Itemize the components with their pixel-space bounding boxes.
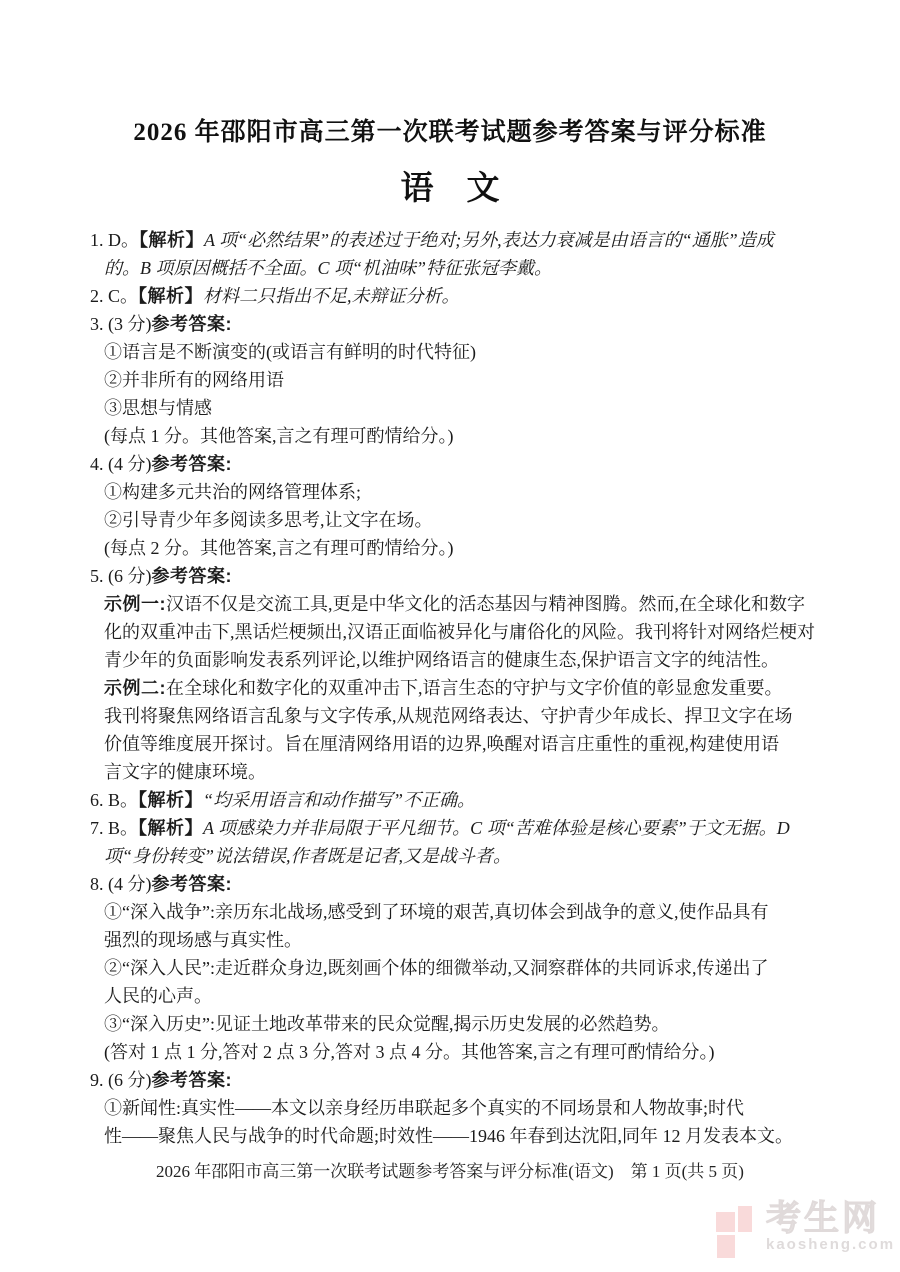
subject-title: 语 文: [0, 162, 900, 209]
text-segment: 9. (6 分): [90, 1070, 152, 1090]
text-segment: 言文字的健康环境。: [104, 762, 266, 782]
answer-line: ①“深入战争”:亲历东北战场,感受到了环境的艰苦,真切体会到战争的意义,使作品具…: [104, 898, 840, 926]
text-segment: ①构建多元共治的网络管理体系;: [104, 482, 361, 502]
answer-line: 人民的心声。: [104, 982, 840, 1010]
answer-line: 1. D。【解析】A 项“必然结果”的表述过于绝对;另外,表达力衰减是由语言的“…: [90, 226, 840, 254]
bold-label: 【解析】: [138, 818, 203, 838]
answer-line: 我刊将聚焦网络语言乱象与文字传承,从规范网络表达、守护青少年成长、捍卫文字在场: [104, 702, 840, 730]
watermark-text: 考生网 kaosheng.com: [766, 1202, 895, 1252]
answer-line: 性——聚焦人民与战争的时代命题;时效性——1946 年春到达沈阳,同年 12 月…: [104, 1122, 840, 1150]
answer-line: 6. B。【解析】“均采用语言和动作描写”不正确。: [90, 786, 840, 814]
text-segment: 7. B。: [90, 818, 138, 838]
answer-line: 9. (6 分)参考答案:: [90, 1066, 840, 1094]
answer-line: 2. C。【解析】材料二只指出不足,未辩证分析。: [90, 282, 840, 310]
logo-block: [738, 1206, 752, 1232]
bold-label: 【解析】: [139, 230, 204, 250]
text-segment: 5. (6 分): [90, 566, 152, 586]
document-title: 2026 年邵阳市高三第一次联考试题参考答案与评分标准: [0, 112, 900, 148]
text-segment: ①语言是不断演变的(或语言有鲜明的时代特征): [104, 342, 476, 362]
answer-line: ②引导青少年多阅读多思考,让文字在场。: [104, 506, 840, 534]
text-segment: 2. C。: [90, 286, 138, 306]
answer-line: 示例二:在全球化和数字化的双重冲击下,语言生态的守护与文字价值的彰显愈发重要。: [104, 674, 840, 702]
kaosheng-watermark: 考生网 kaosheng.com: [712, 1202, 895, 1258]
answer-line: 化的双重冲击下,黑话烂梗频出,汉语正面临被异化与庸俗化的风险。我刊将针对网络烂梗…: [104, 618, 840, 646]
text-segment: 4. (4 分): [90, 454, 152, 474]
text-segment: ②并非所有的网络用语: [104, 370, 284, 390]
text-segment: ③思想与情感: [104, 398, 212, 418]
text-segment: ②引导青少年多阅读多思考,让文字在场。: [104, 510, 433, 530]
answer-line: ①新闻性:真实性——本文以亲身经历串联起多个真实的不同场景和人物故事;时代: [104, 1094, 840, 1122]
text-segment: ①新闻性:真实性——本文以亲身经历串联起多个真实的不同场景和人物故事;时代: [104, 1098, 744, 1118]
exam-answer-page: 2026 年邵阳市高三第一次联考试题参考答案与评分标准 语 文 1. D。【解析…: [0, 0, 900, 1272]
text-segment: 6. B。: [90, 790, 138, 810]
answer-line: 的。B 项原因概括不全面。C 项“机油味”特征张冠李戴。: [104, 254, 840, 282]
logo-block: [717, 1235, 735, 1258]
text-segment: ③“深入历史”:见证土地改革带来的民众觉醒,揭示历史发展的必然趋势。: [104, 1014, 669, 1034]
answer-line: (答对 1 点 1 分,答对 2 点 3 分,答对 3 点 4 分。其他答案,言…: [104, 1038, 840, 1066]
page-footer: 2026 年邵阳市高三第一次联考试题参考答案与评分标准(语文) 第 1 页(共 …: [0, 1160, 900, 1184]
answer-line: 价值等维度展开探讨。旨在厘清网络用语的边界,唤醒对语言庄重性的重视,构建使用语: [104, 730, 840, 758]
watermark-site-name: 考生网: [766, 1202, 895, 1236]
text-segment: (每点 1 分。其他答案,言之有理可酌情给分。): [104, 426, 454, 446]
text-segment: 汉语不仅是交流工具,更是中华文化的活态基因与精神图腾。然而,在全球化和数字: [166, 594, 805, 614]
bold-label: 参考答案:: [152, 566, 233, 586]
bold-label: 【解析】: [138, 790, 203, 810]
text-segment: 化的双重冲击下,黑话烂梗频出,汉语正面临被异化与庸俗化的风险。我刊将针对网络烂梗…: [104, 622, 815, 642]
text-segment: 价值等维度展开探讨。旨在厘清网络用语的边界,唤醒对语言庄重性的重视,构建使用语: [104, 734, 779, 754]
text-segment: 3. (3 分): [90, 314, 152, 334]
text-segment: 项“身份转变”说法错误,作者既是记者,又是战斗者。: [104, 846, 511, 866]
text-segment: (答对 1 点 1 分,答对 2 点 3 分,答对 3 点 4 分。其他答案,言…: [104, 1042, 715, 1062]
bold-label: 参考答案:: [152, 874, 233, 894]
answers-body: 1. D。【解析】A 项“必然结果”的表述过于绝对;另外,表达力衰减是由语言的“…: [90, 226, 840, 1150]
answer-line: ②“深入人民”:走近群众身边,既刻画个体的细微举动,又洞察群体的共同诉求,传递出…: [104, 954, 840, 982]
answer-line: 4. (4 分)参考答案:: [90, 450, 840, 478]
text-segment: A 项“必然结果”的表述过于绝对;另外,表达力衰减是由语言的“通胀”造成: [204, 230, 774, 250]
text-segment: 在全球化和数字化的双重冲击下,语言生态的守护与文字价值的彰显愈发重要。: [166, 678, 783, 698]
answer-line: ③思想与情感: [104, 394, 840, 422]
text-segment: ②“深入人民”:走近群众身边,既刻画个体的细微举动,又洞察群体的共同诉求,传递出…: [104, 958, 768, 978]
answer-line: ③“深入历史”:见证土地改革带来的民众觉醒,揭示历史发展的必然趋势。: [104, 1010, 840, 1038]
answer-line: (每点 1 分。其他答案,言之有理可酌情给分。): [104, 422, 840, 450]
watermark-domain: kaosheng.com: [766, 1237, 895, 1252]
answer-line: 示例一:汉语不仅是交流工具,更是中华文化的活态基因与精神图腾。然而,在全球化和数…: [104, 590, 840, 618]
answer-line: 3. (3 分)参考答案:: [90, 310, 840, 338]
answer-line: 7. B。【解析】A 项感染力并非局限于平凡细节。C 项“苦难体验是核心要素”于…: [90, 814, 840, 842]
text-segment: 的。B 项原因概括不全面。C 项“机油味”特征张冠李戴。: [104, 258, 552, 278]
answer-line: ①语言是不断演变的(或语言有鲜明的时代特征): [104, 338, 840, 366]
text-segment: “均采用语言和动作描写”不正确。: [203, 790, 475, 810]
answer-line: 强烈的现场感与真实性。: [104, 926, 840, 954]
bold-label: 示例二:: [104, 678, 166, 698]
bold-label: 示例一:: [104, 594, 166, 614]
text-segment: 强烈的现场感与真实性。: [104, 930, 302, 950]
logo-block: [716, 1212, 735, 1232]
text-segment: 材料二只指出不足,未辩证分析。: [203, 286, 460, 306]
text-segment: 人民的心声。: [104, 986, 212, 1006]
answer-line: 5. (6 分)参考答案:: [90, 562, 840, 590]
bold-label: 参考答案:: [152, 314, 233, 334]
answer-line: ①构建多元共治的网络管理体系;: [104, 478, 840, 506]
answer-line: (每点 2 分。其他答案,言之有理可酌情给分。): [104, 534, 840, 562]
answer-line: 项“身份转变”说法错误,作者既是记者,又是战斗者。: [104, 842, 840, 870]
text-segment: ①“深入战争”:亲历东北战场,感受到了环境的艰苦,真切体会到战争的意义,使作品具…: [104, 902, 768, 922]
text-segment: (每点 2 分。其他答案,言之有理可酌情给分。): [104, 538, 454, 558]
answer-line: 青少年的负面影响发表系列评论,以维护网络语言的健康生态,保护语言文字的纯洁性。: [104, 646, 840, 674]
text-segment: 8. (4 分): [90, 874, 152, 894]
text-segment: 我刊将聚焦网络语言乱象与文字传承,从规范网络表达、守护青少年成长、捍卫文字在场: [104, 706, 793, 726]
answer-line: ②并非所有的网络用语: [104, 366, 840, 394]
bold-label: 【解析】: [138, 286, 203, 306]
text-segment: 青少年的负面影响发表系列评论,以维护网络语言的健康生态,保护语言文字的纯洁性。: [104, 650, 779, 670]
kaosheng-logo-icon: [712, 1206, 756, 1258]
bold-label: 参考答案:: [152, 454, 233, 474]
text-segment: 性——聚焦人民与战争的时代命题;时效性——1946 年春到达沈阳,同年 12 月…: [104, 1126, 793, 1146]
answer-line: 8. (4 分)参考答案:: [90, 870, 840, 898]
text-segment: 1. D。: [90, 230, 139, 250]
answer-line: 言文字的健康环境。: [104, 758, 840, 786]
bold-label: 参考答案:: [152, 1070, 233, 1090]
text-segment: A 项感染力并非局限于平凡细节。C 项“苦难体验是核心要素”于文无据。D: [203, 818, 790, 838]
